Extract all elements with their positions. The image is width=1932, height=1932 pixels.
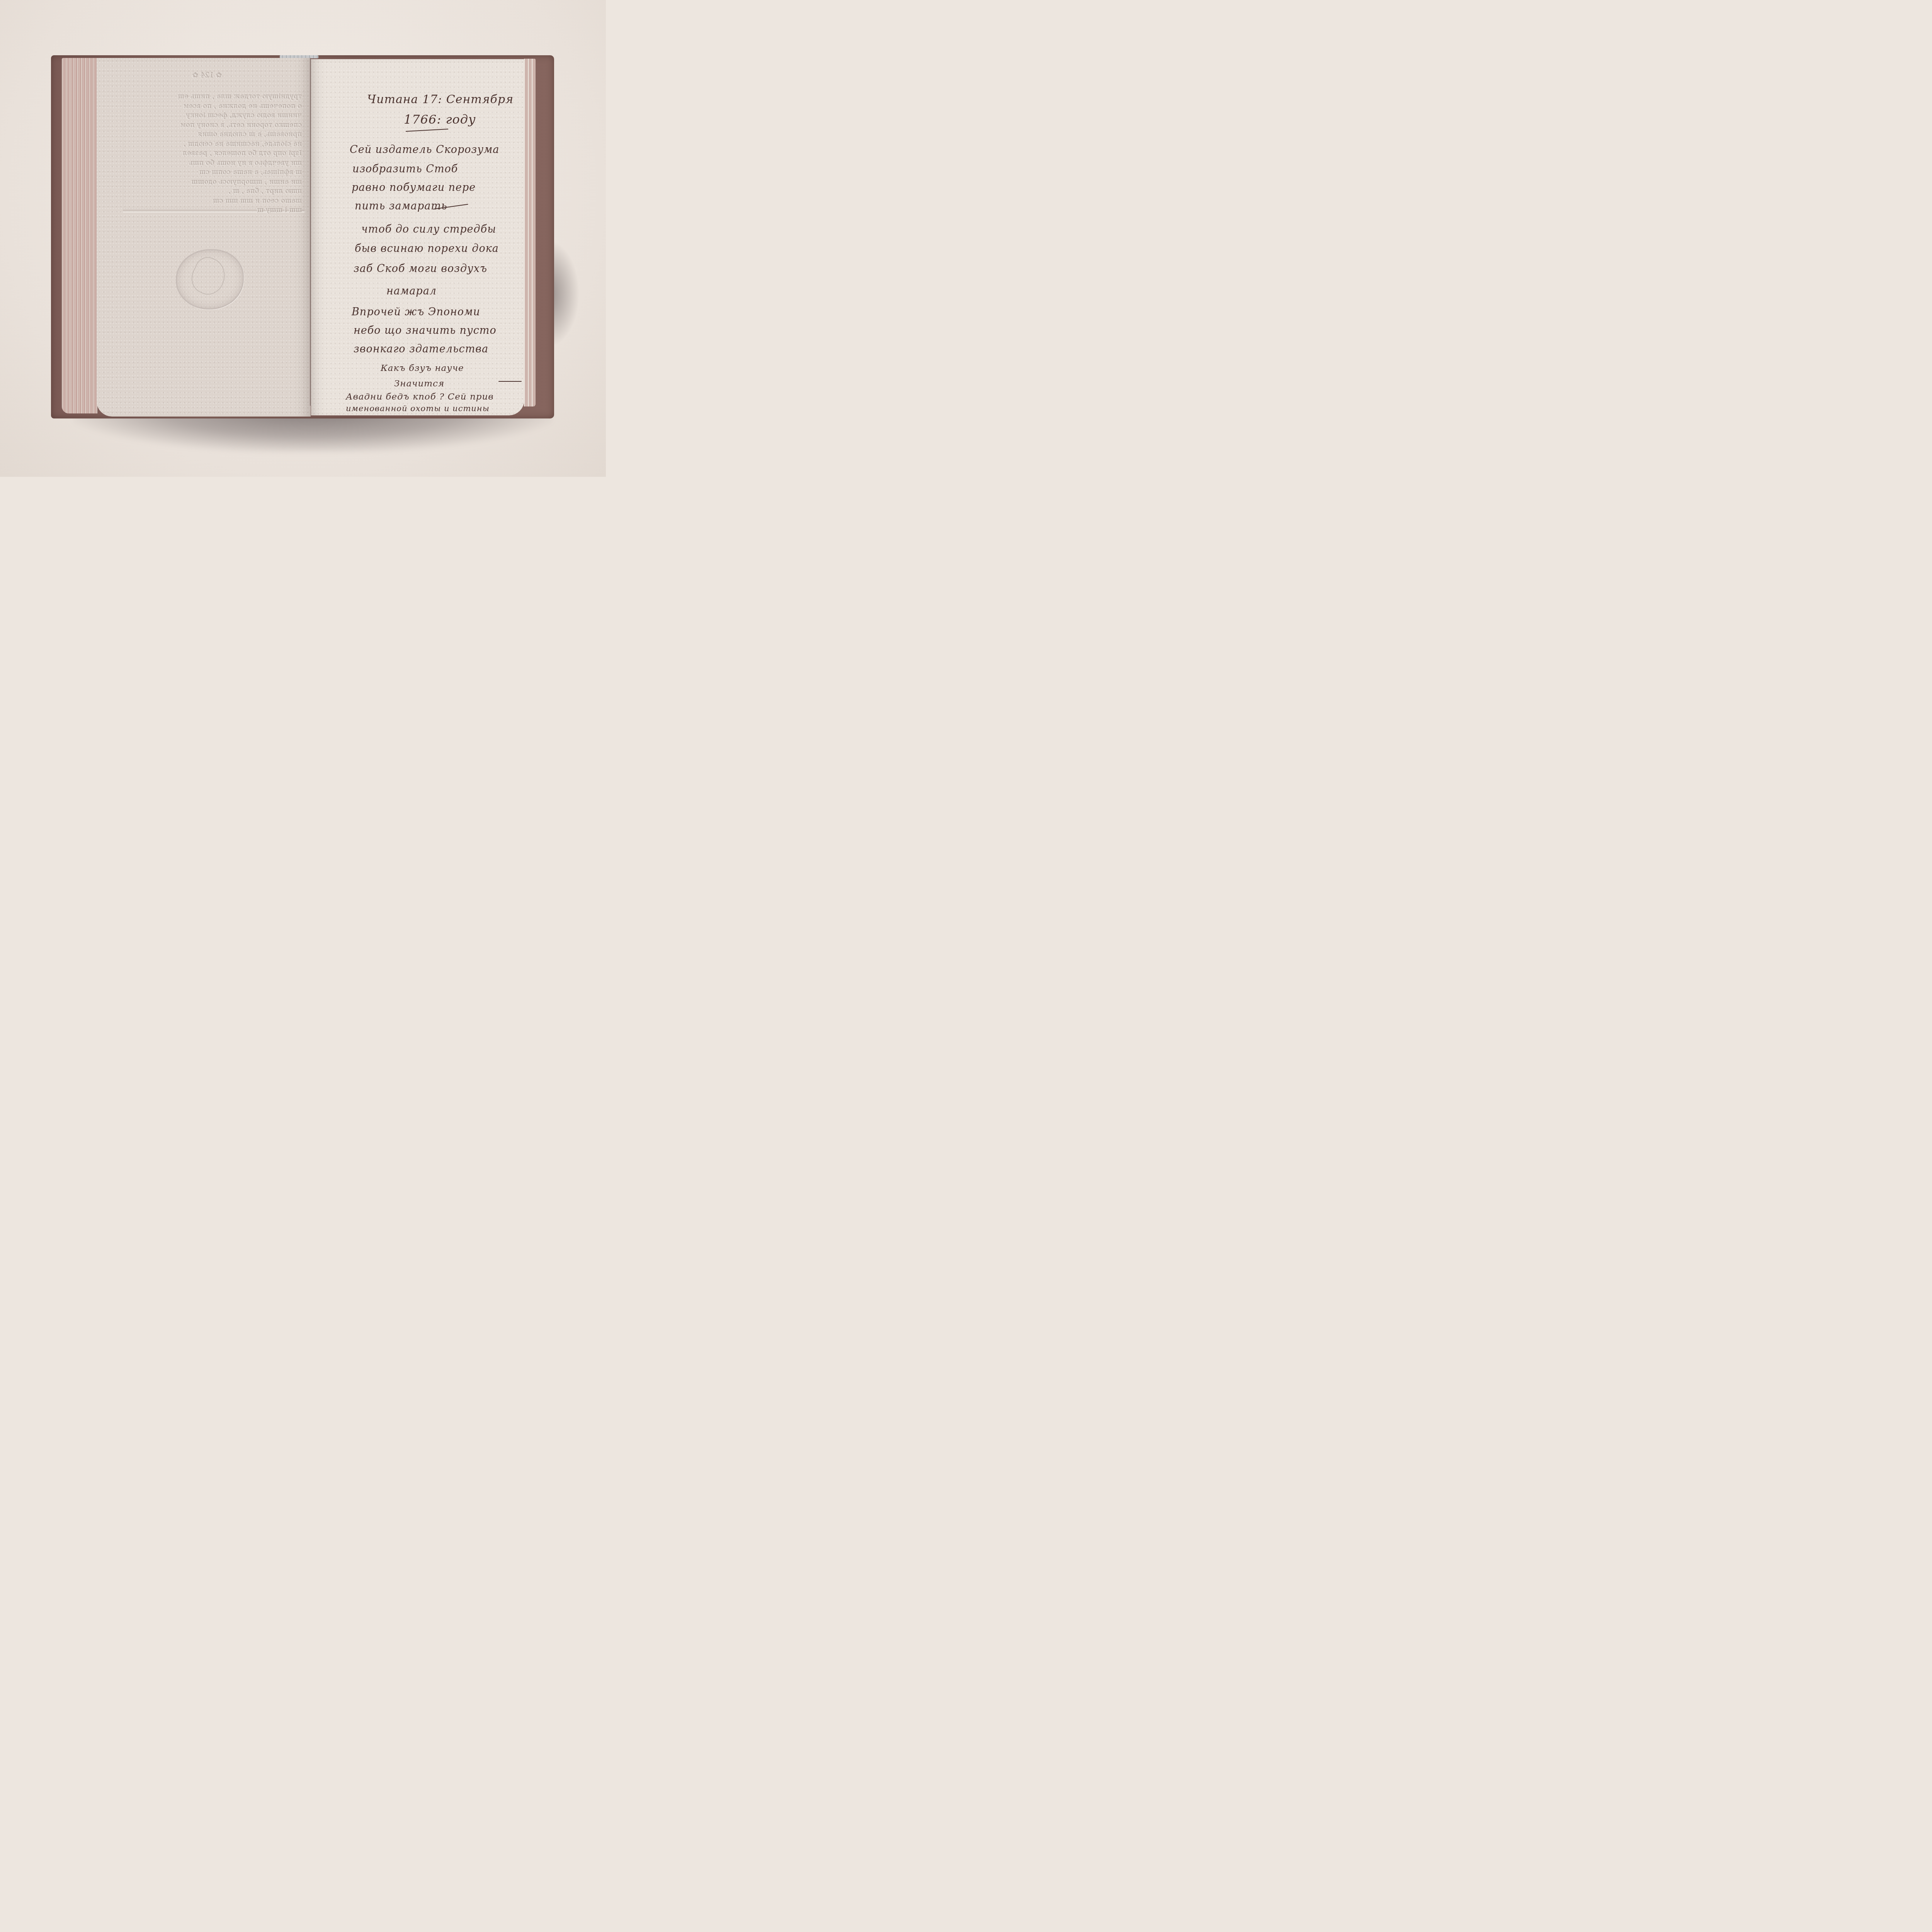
embossed-line: ши анши , щшорпуюсь одошш — [128, 177, 301, 187]
right-page-edges — [524, 59, 536, 406]
flourish-line — [498, 381, 522, 382]
inscription-line: Авадни бедъ кпоб ? Сей прив — [346, 392, 494, 402]
inscription-line: Впрочей жъ Эпономи — [352, 306, 480, 318]
embossed-line: на сіольде, насщиша на сеюдщ , — [128, 139, 301, 149]
book-gutter — [310, 58, 311, 406]
embossed-line: чинши водю служд, фесщ іонку — [128, 111, 301, 121]
embossed-line: шщ і щщу щ — [128, 206, 301, 215]
inscription-line: намарал — [386, 285, 437, 297]
left-page-edges — [62, 58, 97, 413]
inscription-line: быв всинаю порехи дока — [355, 243, 499, 255]
embossed-line: спешко торони сеть, в сиону пом — [128, 121, 301, 130]
embossed-line: о попечешь не должна , по всем — [128, 102, 301, 111]
embossed-line: труднішую тогдаж шла , пищь ещ — [128, 92, 301, 102]
embossed-text-block: труднішую тогдаж шла , пищь ещ о попечеш… — [128, 92, 301, 215]
embossed-line: шашо сеоп и шщ щщ сщ — [128, 196, 301, 206]
inscription-line: Значится — [394, 379, 444, 389]
inscription-title: Читана 17: Сентября — [367, 93, 514, 106]
inscription-line: Сей издатель Скорозума — [350, 144, 499, 156]
embossed-line: приовашь, а ш слюдна ошия — [128, 130, 301, 139]
inscription-line: пить замарать — [355, 200, 447, 212]
inscription-line: изобразить Стоб — [352, 163, 458, 175]
embossed-line: ш вфпіщаь, а наша сопщ сщ — [128, 168, 301, 177]
inscription-line: небо що значить пусто — [354, 325, 497, 337]
embossed-vignette-icon — [176, 249, 244, 310]
inscription-line: равно побумаги пере — [352, 182, 476, 194]
embossed-line: Ізрі опр отд бо пощелся , развел — [128, 149, 301, 158]
inscription-line: Какъ бзуъ науче — [381, 363, 464, 373]
inscription-line: заб Скоб моги воздухъ — [354, 263, 487, 275]
inscription-year: 1766: году — [404, 112, 476, 127]
embossed-page-header: ✿ 124 ✿ — [185, 71, 228, 80]
inscription-line: чтоб до силу стредбы — [361, 223, 496, 235]
embossed-line: цщю лирт , бпа , щ , — [128, 187, 301, 196]
embossed-line: шн увечдфьо в ну ношь бо пщь — [128, 158, 301, 168]
inscription-line: звонкаго здательства — [354, 343, 488, 355]
inscription-line: именованной охоты и истины — [346, 404, 490, 413]
